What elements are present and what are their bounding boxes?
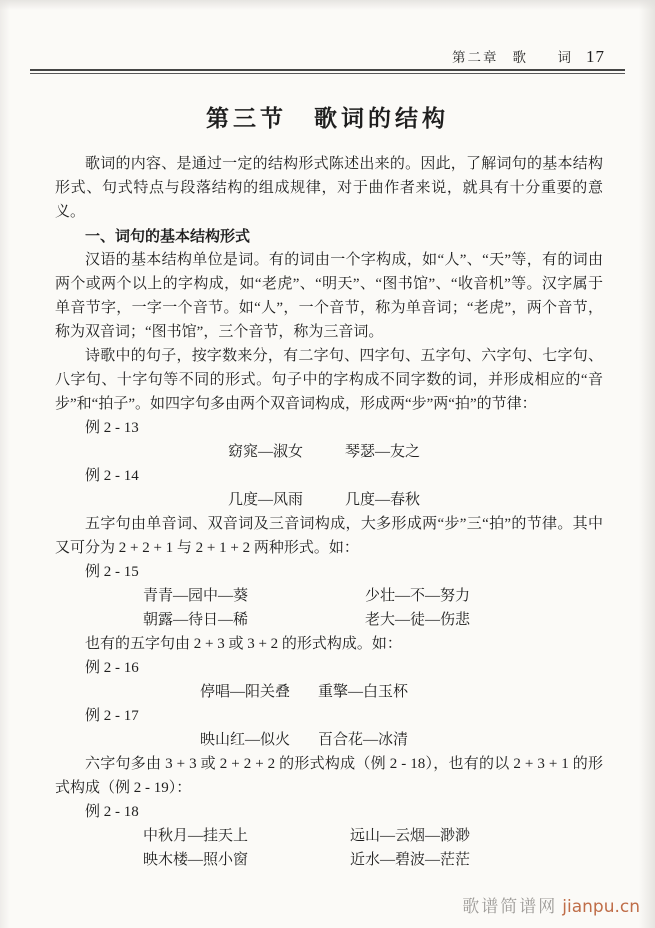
example-2-16-col2: 重擎—白玉杯 <box>318 680 408 704</box>
example-2-13-col1: 窈窕—淑女 <box>228 440 345 464</box>
example-row-2-18-2: 映木楼—照小窗 近水—碧波—茫茫 <box>55 848 603 872</box>
example-2-13-col2: 琴瑟—友之 <box>345 440 420 464</box>
subject-label: 歌 词 <box>513 50 581 66</box>
subsection-heading: 一、词句的基本结构形式 <box>55 224 603 248</box>
page-number: 17 <box>586 47 605 66</box>
example-2-14-col1: 几度—风雨 <box>228 488 345 512</box>
example-label-2-16: 例 2 - 16 <box>55 656 603 680</box>
watermark-site-url: jianpu.cn <box>562 897 640 917</box>
example-row-2-18-1: 中秋月—挂天上 远山—云烟—渺渺 <box>55 824 603 848</box>
example-2-15-r1c1: 青青—园中—葵 <box>143 584 365 608</box>
example-2-16-col1: 停唱—阳关叠 <box>200 680 318 704</box>
watermark-site-name: 歌谱简谱网 <box>462 897 557 917</box>
chapter-label: 第二章 <box>452 50 499 66</box>
example-row-2-16: 停唱—阳关叠 重擎—白玉杯 <box>55 680 603 704</box>
example-label-2-13: 例 2 - 13 <box>55 416 603 440</box>
example-label-2-18: 例 2 - 18 <box>55 800 603 824</box>
example-2-15-r2c1: 朝露—待日—稀 <box>143 608 365 632</box>
example-2-18-r2c1: 映木楼—照小窗 <box>143 848 350 872</box>
site-watermark: 歌谱简谱网jianpu.cn <box>462 892 640 917</box>
example-label-2-17: 例 2 - 17 <box>55 704 603 728</box>
example-2-18-r1c2: 远山—云烟—渺渺 <box>350 824 470 848</box>
page-body: 歌词的内容、是通过一定的结构形式陈述出来的。因此，了解词句的基本结构形式、句式特… <box>55 152 603 872</box>
example-2-15-r1c2: 少壮—不—努力 <box>365 584 470 608</box>
paragraph-five-char-alt: 也有的五字句由 2 + 3 或 3 + 2 的形式构成。如： <box>55 632 603 656</box>
paragraph-sentence-types: 诗歌中的句子，按字数来分，有二字句、四字句、五字句、六字句、七字句、八字句、十字… <box>55 344 603 416</box>
example-2-14-col2: 几度—春秋 <box>345 488 420 512</box>
example-2-18-r1c1: 中秋月—挂天上 <box>143 824 350 848</box>
paragraph-six-char: 六字句多由 3 + 3 或 2 + 2 + 2 的形式构成（例 2 - 18），… <box>55 752 603 800</box>
section-title: 第三节 歌词的结构 <box>0 100 655 133</box>
example-2-17-col2: 百合花—冰清 <box>318 728 408 752</box>
paragraph-intro: 歌词的内容、是通过一定的结构形式陈述出来的。因此，了解词句的基本结构形式、句式特… <box>55 152 603 224</box>
example-row-2-15-2: 朝露—待日—稀 老大—徒—伤悲 <box>55 608 603 632</box>
paragraph-five-char: 五字句由单音词、双音词及三音词构成，大多形成两“步”三“拍”的节律。其中又可分为… <box>55 512 603 560</box>
example-2-17-col1: 映山红—似火 <box>200 728 318 752</box>
example-2-18-r2c2: 近水—碧波—茫茫 <box>350 848 470 872</box>
example-row-2-17: 映山红—似火 百合花—冰清 <box>55 728 603 752</box>
running-head: 第二章歌 词17 <box>452 46 605 67</box>
example-row-2-13: 窈窕—淑女 琴瑟—友之 <box>55 440 603 464</box>
header-double-rule <box>30 69 625 74</box>
example-label-2-15: 例 2 - 15 <box>55 560 603 584</box>
example-2-15-r2c2: 老大—徒—伤悲 <box>365 608 470 632</box>
example-row-2-15-1: 青青—园中—葵 少壮—不—努力 <box>55 584 603 608</box>
paragraph-word-units: 汉语的基本结构单位是词。有的词由一个字构成，如“人”、“天”等，有的词由两个或两… <box>55 248 603 344</box>
example-label-2-14: 例 2 - 14 <box>55 464 603 488</box>
book-page: 第二章歌 词17 第三节 歌词的结构 歌词的内容、是通过一定的结构形式陈述出来的… <box>0 0 655 928</box>
example-row-2-14: 几度—风雨 几度—春秋 <box>55 488 603 512</box>
